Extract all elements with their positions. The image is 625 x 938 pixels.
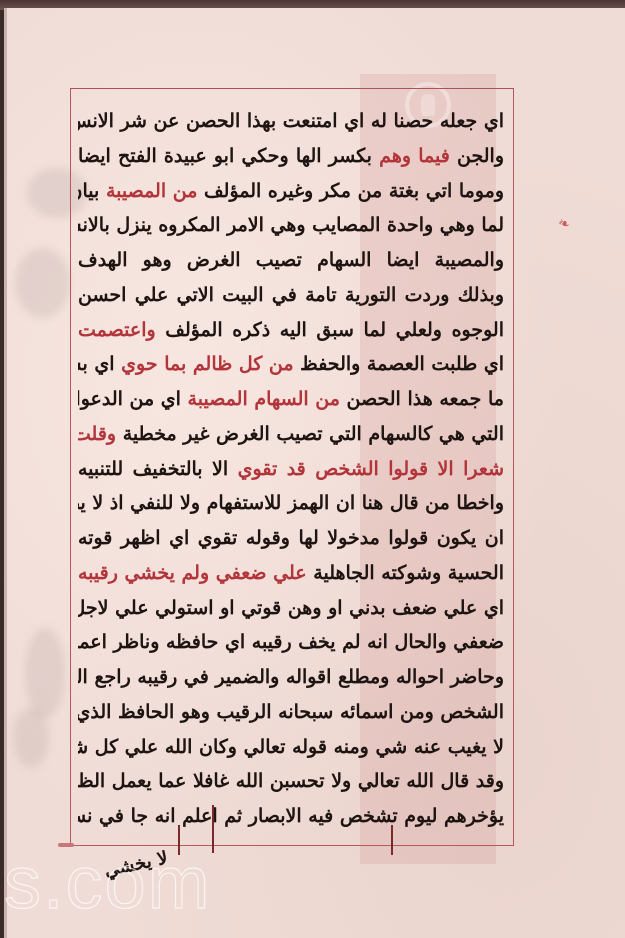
text-line: والمصيبة ايضا السهام تصيب الغرض وهو الهد…	[78, 243, 504, 278]
ink-stroke	[391, 825, 393, 855]
rubric-text: واعتصمت	[78, 319, 156, 341]
body-text: لما وهي واحدة المصايب وهي الامر المكروه …	[78, 214, 504, 236]
rubric-text: من المصيبة	[106, 180, 197, 202]
text-line: ضعفي والحال انه لم يخف رقيبه اي حافظه ون…	[78, 625, 504, 660]
text-line: وقد قال الله تعالي ولا تحسبن الله غافلا …	[78, 764, 504, 799]
body-text: بكسر الها وحكي ابو عبيدة الفتح ايضا	[78, 145, 379, 167]
rubric-text: وقلت	[78, 423, 116, 445]
body-text: الا بالتخفيف للتنبيه	[78, 458, 238, 480]
text-line: يؤخرهم ليوم تشخص فيه الابصار ثم اعلم انه…	[78, 799, 504, 834]
body-text: وبذلك وردت التورية تامة في البيت الاتي ع…	[78, 284, 504, 306]
text-line: لا يغيب عنه شي ومنه قوله تعالي وكان الله…	[78, 730, 504, 765]
body-text: واخطا من قال هنا ان الهمز للاستفهام ولا …	[78, 492, 504, 514]
body-text: اي جعله حصنا له اي امتنعت بهذا الحصن عن …	[78, 110, 504, 132]
body-text: يؤخرهم ليوم تشخص فيه الابصار ثم اعلم انه…	[78, 805, 504, 827]
body-text: اي من الدعوات	[78, 388, 188, 410]
text-line: وبذلك وردت التورية تامة في البيت الاتي ع…	[78, 278, 504, 313]
body-text: ان يكون قولوا مدخولا لها وقوله تقوي اي ا…	[78, 527, 504, 549]
rubric-text: شعرا الا قولوا الشخص قد تقوي	[238, 458, 504, 480]
text-line: الحسية وشوكته الجاهلية علي ضعفي ولم يخشي…	[78, 556, 504, 591]
text-line: اي طلبت العصمة والحفظ من كل ظالم بما حوي…	[78, 347, 504, 382]
body-text: اي طلبت العصمة والحفظ	[294, 353, 504, 375]
text-line: لما وهي واحدة المصايب وهي الامر المكروه …	[78, 208, 504, 243]
manuscript-text-block: اي جعله حصنا له اي امتنعت بهذا الحصن عن …	[78, 104, 504, 834]
margin-stain	[13, 708, 49, 768]
text-line: والجن فيما وهم بكسر الها وحكي ابو عبيدة …	[78, 139, 504, 174]
rubric-text: علي ضعفي ولم يخشي رقيبه	[78, 562, 307, 584]
text-line: وموما اتي بغتة من مكر وغيره المؤلف من ال…	[78, 174, 504, 209]
text-line: الوجوه ولعلي لما سبق اليه ذكره المؤلف وا…	[78, 313, 504, 348]
body-text: اي علي ضعف بدني او وهن قوتي او استولي عل…	[78, 597, 504, 619]
body-text: اي بسبب	[78, 353, 121, 375]
text-line: الشخص ومن اسمائه سبحانه الرقيب وهو الحاف…	[78, 695, 504, 730]
text-line: اي علي ضعف بدني او وهن قوتي او استولي عل…	[78, 591, 504, 626]
margin-stain	[15, 248, 70, 318]
margin-stain	[25, 628, 65, 718]
body-text: والجن	[450, 145, 504, 167]
body-text: ما جمعه هذا الحصن	[340, 388, 504, 410]
rubric-text: فيما وهم	[379, 145, 450, 167]
body-text: وقد قال الله تعالي ولا تحسبن الله غافلا …	[78, 770, 504, 792]
rubric-text: من السهام المصيبة	[188, 388, 340, 410]
body-text: التي هي كالسهام التي تصيب الغرض غير مخطي…	[116, 423, 504, 445]
body-text: والمصيبة ايضا السهام تصيب الغرض وهو الهد…	[78, 249, 504, 271]
body-text: وموما اتي بغتة من مكر وغيره المؤلف	[197, 180, 504, 202]
body-text: الشخص ومن اسمائه سبحانه الرقيب وهو الحاف…	[78, 701, 504, 723]
text-line: ان يكون قولوا مدخولا لها وقوله تقوي اي ا…	[78, 521, 504, 556]
text-line: شعرا الا قولوا الشخص قد تقوي الا بالتخفي…	[78, 452, 504, 487]
rubric-text: من كل ظالم بما حوي	[121, 353, 293, 375]
text-line: التي هي كالسهام التي تصيب الغرض غير مخطي…	[78, 417, 504, 452]
body-text: وحاضر احواله ومطلع اقواله والضمير في رقي…	[78, 666, 504, 688]
body-text: لا يغيب عنه شي ومنه قوله تعالي وكان الله…	[78, 736, 504, 758]
body-text: الحسية وشوكته الجاهلية	[307, 562, 504, 584]
text-line: ما جمعه هذا الحصن من السهام المصيبة اي م…	[78, 382, 504, 417]
body-text: الوجوه ولعلي لما سبق اليه ذكره المؤلف	[156, 319, 504, 341]
text-line: واخطا من قال هنا ان الهمز للاستفهام ولا …	[78, 486, 504, 521]
watermark-text: s.com	[4, 840, 211, 925]
text-line: وحاضر احواله ومطلع اقواله والضمير في رقي…	[78, 660, 504, 695]
ink-stroke	[212, 805, 214, 853]
body-text: بيان	[78, 180, 106, 202]
text-line: اي جعله حصنا له اي امتنعت بهذا الحصن عن …	[78, 104, 504, 139]
body-text: ضعفي والحال انه لم يخف رقيبه اي حافظه ون…	[78, 631, 504, 653]
